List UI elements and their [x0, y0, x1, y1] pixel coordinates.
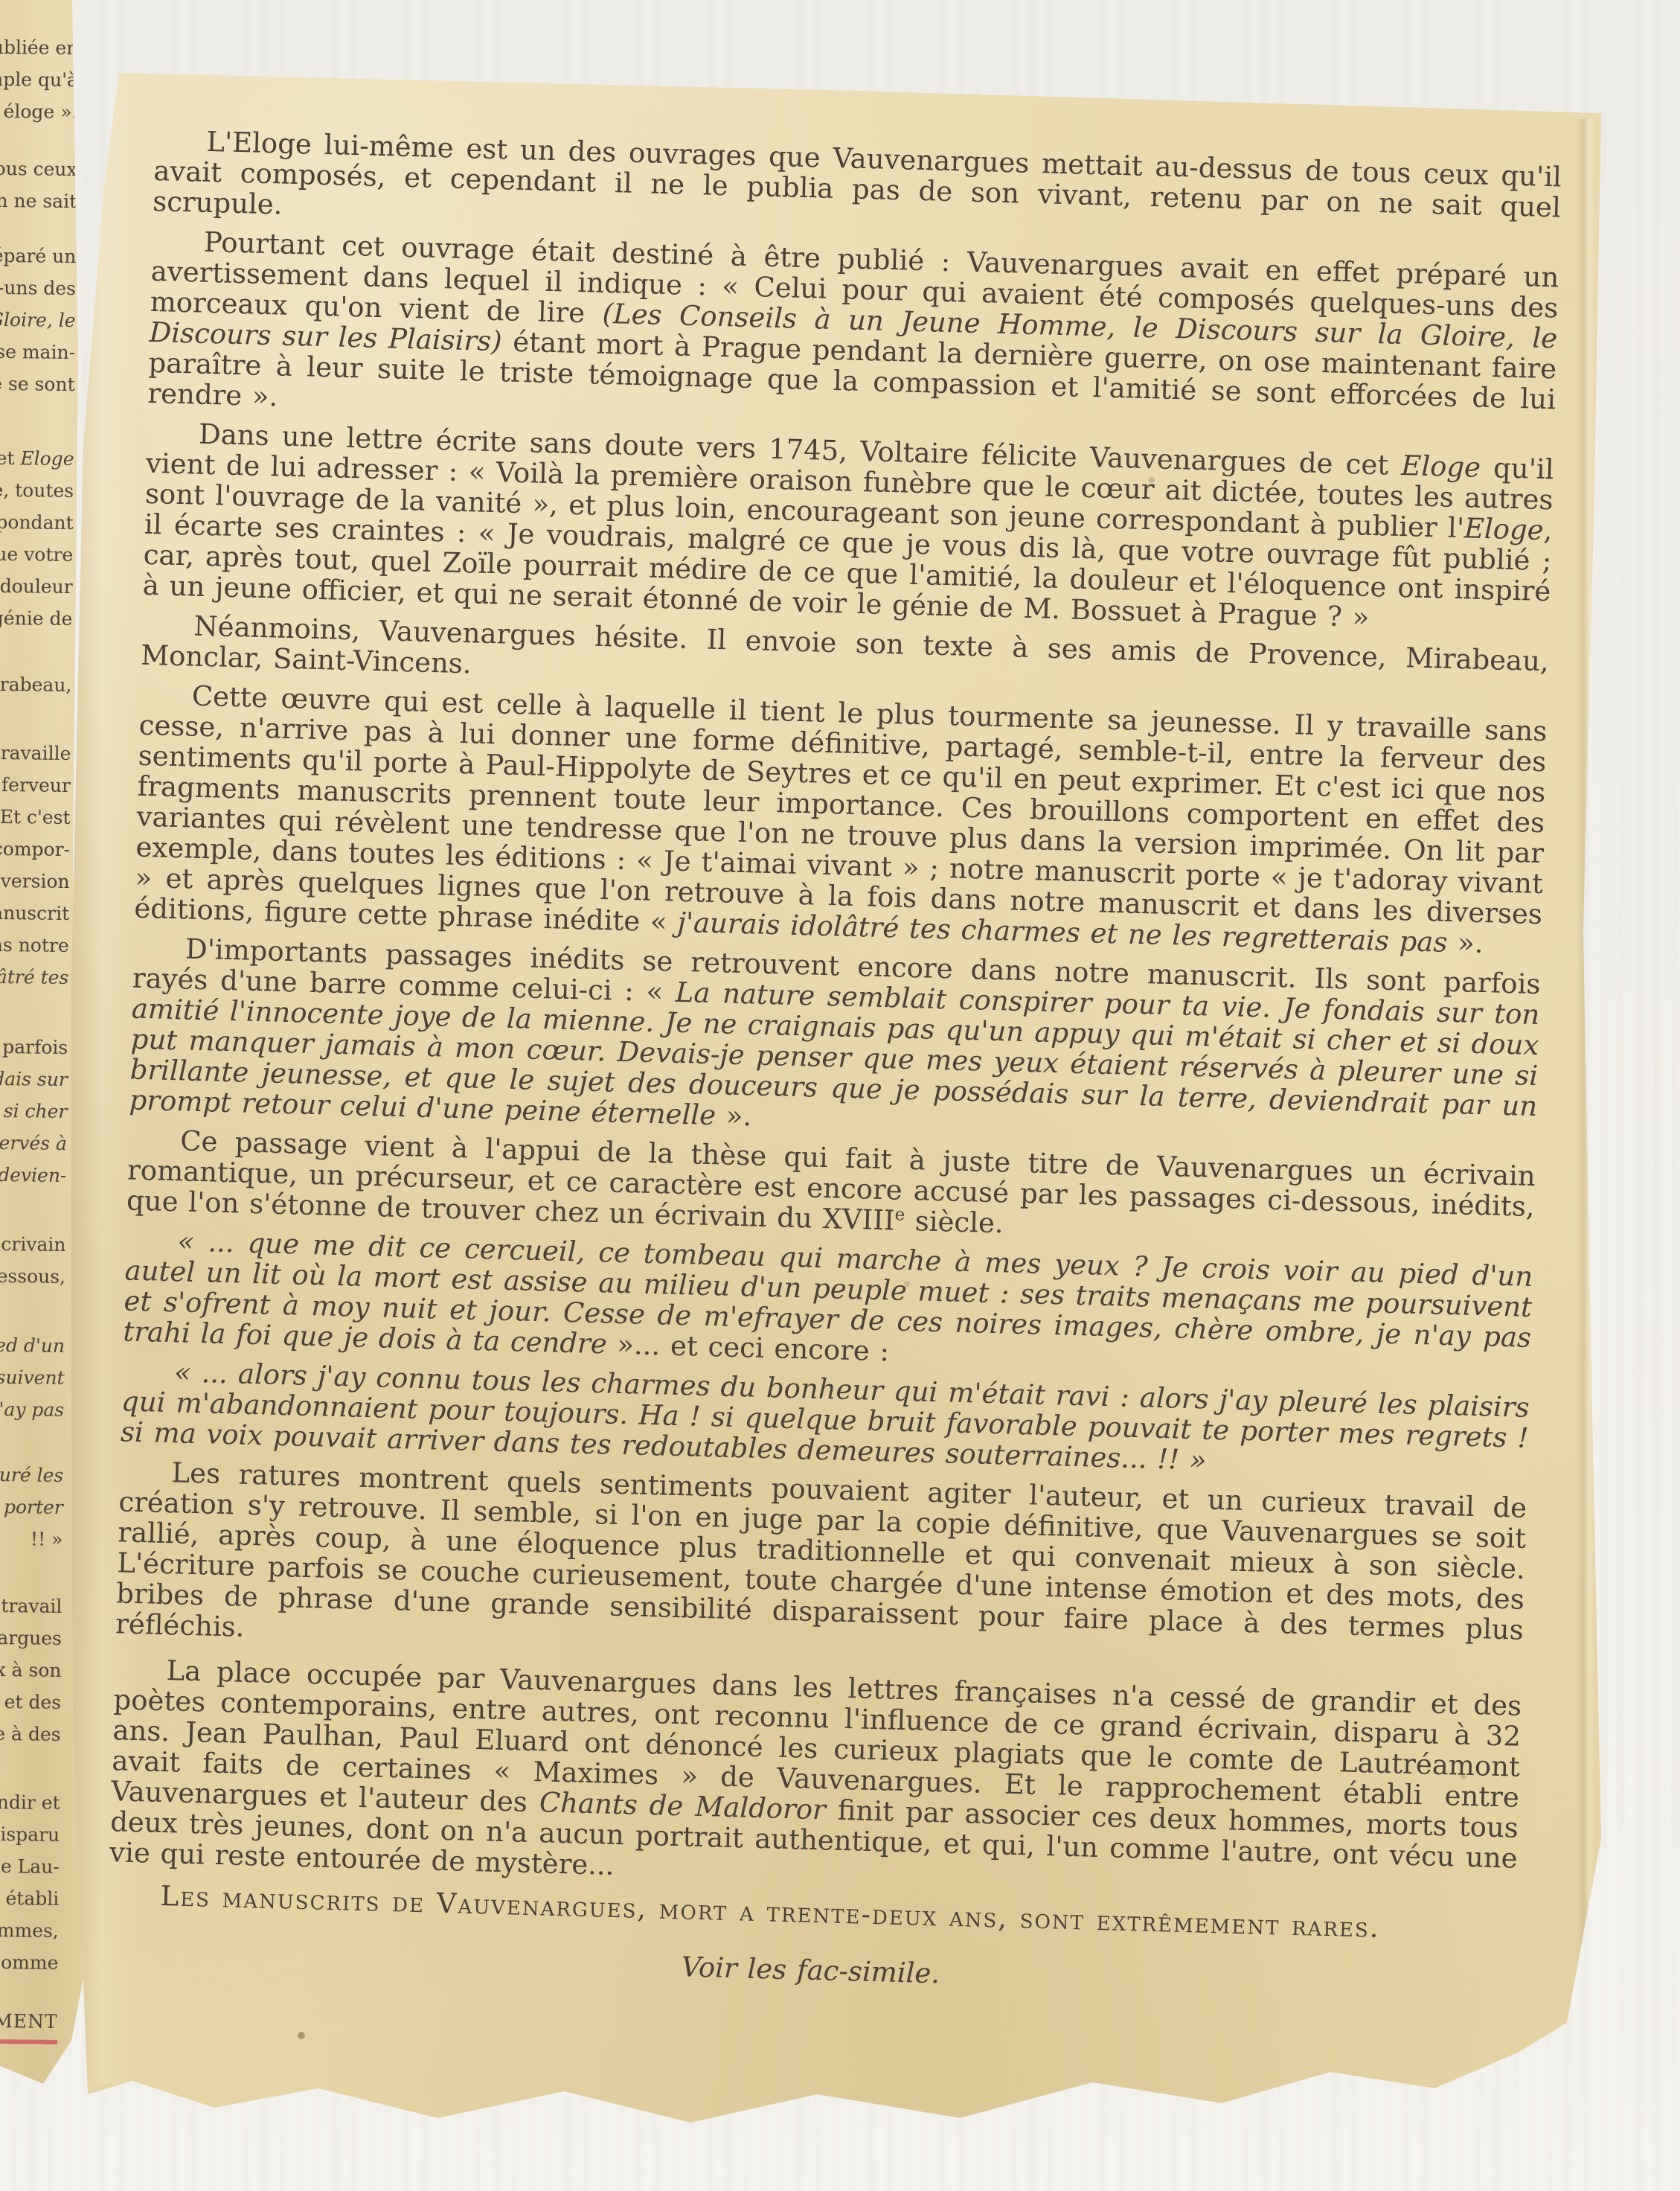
text-run: comme [0, 1951, 59, 1974]
italic-text: ondais sur [0, 1068, 68, 1090]
strip-line-text: comme [0, 1946, 59, 1979]
strip-line: ce à des [0, 1718, 61, 1750]
text-run: la version [0, 870, 70, 892]
article-text: L'Eloge lui-même est un des ouvrages que… [106, 125, 1562, 2013]
strip-line: ans notre [0, 929, 69, 962]
strip-line: espondant [0, 506, 74, 539]
strip-line-text-red-underline: MEMENT [0, 2005, 58, 2044]
strip-line-text: a Gloire, le [0, 304, 76, 336]
text-run: MEMENT [0, 2010, 58, 2032]
italic-text: te porter [0, 1496, 63, 1518]
strip-line: nt établi [0, 1882, 60, 1915]
strip-line-text: ce à des [0, 1718, 61, 1750]
strip-fragment-group: écrivaini-dessous, [0, 1228, 66, 1293]
strip-line: enargues [0, 1622, 62, 1654]
text-run: nt parfois [0, 1036, 68, 1058]
strip-fragment-group: y travaillela ferveurr. Et c'ests compor… [0, 737, 71, 994]
strip-line: écrivain [0, 1228, 66, 1261]
strip-line: Mirabeau, [0, 668, 72, 701]
text-run: e génie de [0, 607, 72, 630]
strip-line-text: pleuré les [0, 1459, 63, 1491]
paragraph: Pourtant cet ouvrage était destiné à êtr… [147, 226, 1559, 445]
italic-text: Eloge [20, 447, 74, 470]
strip-line-text: de Lau- [0, 1850, 60, 1883]
text-run: i-dessous, [0, 1265, 65, 1288]
italic-text: e, devien- [0, 1164, 67, 1186]
strip-fragment-group: préparé unes-uns desa Gloire, leose main… [0, 240, 77, 400]
paragraph: D'importants passages inédits se retrouv… [129, 933, 1541, 1152]
strip-line: la version [0, 865, 70, 898]
strip-line: i-dessous, [0, 1260, 65, 1293]
text-run: x travail [0, 1595, 62, 1617]
strip-line: ommes, [0, 1914, 59, 1947]
strip-line-text: es-uns des [0, 272, 76, 304]
strip-line-text: tous ceux [0, 153, 77, 185]
strip-line-text: enargues [0, 1622, 62, 1654]
article-clipping: L'Eloge lui-même est un des ouvrages que… [0, 0, 1680, 2191]
strip-line: r. Et c'est [0, 801, 71, 834]
strip-line-text: tée, toutes [0, 474, 74, 507]
strip-line: , disparu [0, 1818, 60, 1851]
strip-line-text: n'ay pas [0, 1393, 64, 1426]
text-run: ». [1447, 927, 1484, 959]
text-run: on ne sait [0, 190, 77, 212]
strip-line: emple qu'à [0, 63, 78, 96]
strip-line-text: itié se sont [0, 368, 75, 400]
strip-line: !! » [0, 1523, 63, 1555]
strip-line-text: réservés à [0, 1127, 67, 1160]
text-run: Mirabeau, [0, 674, 72, 696]
strip-fragment-group: tous ceuxon ne sait [0, 153, 77, 217]
strip-line-text: on et des [0, 1686, 61, 1718]
text-run: ose main- [0, 341, 75, 363]
strip-line-text: x travail [0, 1590, 62, 1622]
italic-text: pied d'un [0, 1334, 65, 1357]
italic-text: réservés à [0, 1132, 67, 1154]
italic-text: n'ay pas [0, 1398, 64, 1421]
strip-fragment-group: pleuré leste porter!! » [0, 1459, 63, 1555]
text-run: Cette œuvre qui est celle à laquelle il … [134, 680, 1548, 938]
fac-simile-note: Voir les fac-simile. [106, 1936, 1514, 2004]
strip-line: de Lau- [0, 1850, 60, 1883]
strip-line: randir et [0, 1786, 60, 1819]
text-run: ans notre [0, 934, 69, 956]
strip-line: n'ay pas [0, 1393, 64, 1426]
text-run: tée, toutes [0, 479, 74, 502]
text-run: nt établi [0, 1887, 59, 1910]
right-edge-crease [1576, 119, 1595, 1995]
strip-line-text: e publiée en [0, 31, 79, 64]
strip-line-text: r. Et c'est [0, 801, 71, 834]
italic-text: ursuivent [0, 1366, 65, 1389]
strip-line-text: nt parfois [0, 1031, 68, 1063]
strip-line-text: la ferveur [0, 769, 71, 802]
italic-text: pleuré les [0, 1464, 63, 1486]
strip-line: s compor- [0, 833, 70, 866]
text-run: tous ceux [0, 158, 77, 180]
strip-line-text: on ne sait [0, 185, 77, 217]
italic-text: La nature semblait conspirer pour ta vie… [129, 976, 1540, 1131]
strip-line-text: ursuivent [0, 1361, 65, 1394]
strip-line-text: Mirabeau, [0, 668, 72, 701]
italic-text: a Gloire, le [0, 309, 76, 331]
strip-line: ondais sur [0, 1063, 68, 1095]
strip-line-text: emple qu'à [0, 63, 78, 96]
text-run: espondant [0, 511, 74, 534]
strip-line: x travail [0, 1590, 62, 1622]
strip-line: y travaille [0, 737, 71, 770]
strip-line: pied d'un [0, 1329, 65, 1362]
strip-line-text: e génie de [0, 602, 73, 635]
superscript-text: e [894, 1205, 905, 1224]
strip-line-text: randir et [0, 1786, 60, 1819]
strip-line: on éloge ». [0, 95, 78, 128]
strip-fragment-group: x travailenarguesux à sonon et desce à d… [0, 1590, 62, 1750]
text-run: e publiée en [0, 36, 78, 59]
strip-line: te porter [0, 1491, 63, 1523]
strip-line-text: ans notre [0, 929, 69, 962]
strip-fragment-group: pied d'unursuiventn'ay pas [0, 1329, 65, 1426]
strip-fragment-group: Mirabeau, [0, 668, 72, 701]
strip-line: e, devien- [0, 1159, 67, 1192]
text-run: ce à des [0, 1723, 61, 1745]
strip-line: e publiée en [0, 31, 79, 64]
text-run: Les ratures montrent quels sentiments po… [115, 1456, 1527, 1646]
paragraph: La place occupée par Vauvenargues dans l… [109, 1654, 1522, 1904]
text-run: de Lau- [0, 1855, 60, 1878]
text-run: emple qu'à [0, 68, 78, 91]
strip-line-text: nt établi [0, 1882, 60, 1915]
strip-line: nt parfois [0, 1031, 68, 1063]
strip-line: préparé un [0, 240, 77, 272]
strip-line: manuscrit [0, 897, 69, 930]
text-run: manuscrit [0, 902, 69, 924]
strip-line: la ferveur [0, 769, 71, 802]
strip-line: ursuivent [0, 1361, 65, 1394]
italic-text: Eloge [1401, 450, 1481, 484]
strip-line-text: dolâtré tes [0, 961, 68, 994]
text-run: randir et [0, 1791, 60, 1814]
strip-line: comme [0, 1946, 59, 1979]
text-run: »... et ceci encore : [606, 1328, 889, 1367]
strip-fragment-group: randir et, disparude Lau-nt établiommes,… [0, 1786, 60, 1979]
text-run: !! » [31, 1529, 63, 1550]
strip-line: la douleur [0, 570, 73, 603]
strip-line-text: manuscrit [0, 897, 69, 930]
text-run: L'Eloge lui-même est un des ouvrages que… [153, 126, 1562, 224]
strip-line-text: e, devien- [0, 1159, 67, 1192]
paragraph: Dans une lettre écrite sans doute vers 1… [142, 418, 1554, 637]
strip-line: réservés à [0, 1127, 67, 1160]
text-run: la ferveur [0, 774, 71, 796]
strip-line: es-uns des [0, 272, 76, 304]
text-run: , disparu [0, 1823, 60, 1846]
paragraph: Cette œuvre qui est celle à laquelle il … [134, 679, 1548, 960]
strip-line: que votre [0, 538, 73, 571]
article-paragraphs: L'Eloge lui-même est un des ouvrages que… [106, 125, 1562, 2004]
strip-line-text: te porter [0, 1491, 63, 1523]
text-run: ux à son [0, 1659, 62, 1681]
italic-text: ait si cher [0, 1100, 68, 1122]
strip-line: tous ceux [0, 153, 77, 185]
strip-line: dolâtré tes [0, 961, 68, 994]
strip-line-text: préparé un [0, 240, 77, 272]
text-run: on et des [0, 1691, 61, 1713]
strip-line-text: écrivain [0, 1228, 66, 1261]
text-run: itié se sont [0, 373, 75, 395]
text-run: la douleur [0, 575, 73, 598]
strip-line-text: pied d'un [0, 1329, 65, 1362]
text-run: es-uns des [0, 277, 76, 299]
text-run: ». [716, 1099, 752, 1132]
strip-line-text: e cet Eloge [0, 442, 74, 475]
text-run: y travaille [0, 742, 71, 764]
strip-line: on et des [0, 1686, 61, 1718]
text-run: écrivain [0, 1233, 66, 1256]
text-run: ommes, [0, 1919, 59, 1942]
text-run: préparé un [0, 245, 77, 267]
strip-line: ose main- [0, 336, 75, 368]
text-run: e cet [0, 447, 21, 470]
strip-line-text: la version [0, 865, 70, 898]
strip-line: tée, toutes [0, 474, 74, 507]
strip-line-text: y travaille [0, 737, 71, 770]
strip-line: itié se sont [0, 368, 75, 400]
italic-text: dolâtré tes [0, 966, 68, 988]
strip-line: ux à son [0, 1654, 62, 1686]
strip-line-text: ondais sur [0, 1063, 68, 1095]
strip-line-text: ux à son [0, 1654, 62, 1686]
italic-text: Voir les fac-simile. [681, 1951, 940, 1989]
strip-line-text: on éloge ». [0, 95, 78, 128]
strip-line: e génie de [0, 602, 73, 635]
strip-line-text: la douleur [0, 570, 73, 603]
strip-line: e cet Eloge [0, 442, 74, 475]
text-run: que votre [0, 543, 73, 566]
strip-line: pleuré les [0, 1459, 63, 1491]
strip-fragment-group: MEMENT [0, 2005, 58, 2038]
strip-line: MEMENT [0, 2005, 58, 2038]
strip-fragment-group: e cet Elogetée, toutesespondantque votre… [0, 442, 74, 635]
strip-line-text: ait si cher [0, 1095, 68, 1128]
paragraph: Les ratures montrent quels sentiments po… [115, 1456, 1527, 1675]
text-run: s compor- [0, 838, 70, 860]
strip-line-text: espondant [0, 506, 74, 539]
italic-text: Eloge [1463, 512, 1544, 546]
strip-line: a Gloire, le [0, 304, 76, 336]
strip-line-text: i-dessous, [0, 1260, 65, 1293]
strip-fragment-group: e publiée enemple qu'àon éloge ». [0, 31, 79, 128]
text-run: r. Et c'est [0, 806, 71, 828]
text-run: siècle. [904, 1205, 1004, 1239]
text-run: enargues [0, 1627, 62, 1649]
strip-line: on ne sait [0, 185, 77, 217]
strip-line-text: ommes, [0, 1914, 59, 1947]
strip-line-text: , disparu [0, 1818, 60, 1851]
strip-line-text: !! » [31, 1523, 63, 1555]
strip-line-text: que votre [0, 538, 73, 571]
scanned-page: { "document": { "kind": "printed article… [0, 0, 1680, 2191]
strip-fragment-group: nt parfoisondais surait si cherréservés … [0, 1031, 68, 1192]
strip-line: ait si cher [0, 1095, 68, 1128]
strip-line-text: ose main- [0, 336, 75, 368]
strip-line-text: s compor- [0, 833, 70, 866]
text-run: on éloge ». [0, 100, 78, 123]
